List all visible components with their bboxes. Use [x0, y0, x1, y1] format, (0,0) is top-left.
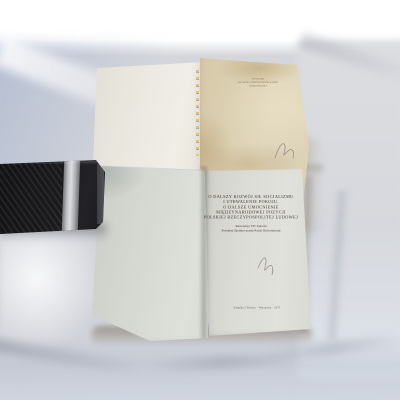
case-ridged-texture — [0, 161, 62, 233]
booklet-spine-fold — [199, 166, 209, 338]
case-end-bevel — [97, 164, 104, 224]
lower-booklet-left-page — [88, 162, 212, 346]
photo-of-booklets: VII Zjazd Polskiej Zjednoczonej Partii R… — [0, 0, 400, 400]
upper-booklet-left-page — [90, 58, 205, 175]
pencil-scribble — [272, 136, 300, 164]
subtitle-line: Polskiej Zjednoczonej Partii Robotniczej — [197, 229, 305, 234]
header-line: Robotniczej — [218, 84, 297, 88]
cloth-highlight — [0, 228, 105, 353]
imprint-line: Książka i Wiedza · Warszawa · 1975 — [209, 306, 305, 309]
pencil-scribble — [254, 250, 280, 280]
title-line: Polskiej Rzeczypospolitej Ludowej — [197, 215, 305, 220]
black-case — [0, 155, 110, 240]
booklet-stitching — [196, 70, 199, 156]
case-silver-band — [62, 157, 81, 233]
